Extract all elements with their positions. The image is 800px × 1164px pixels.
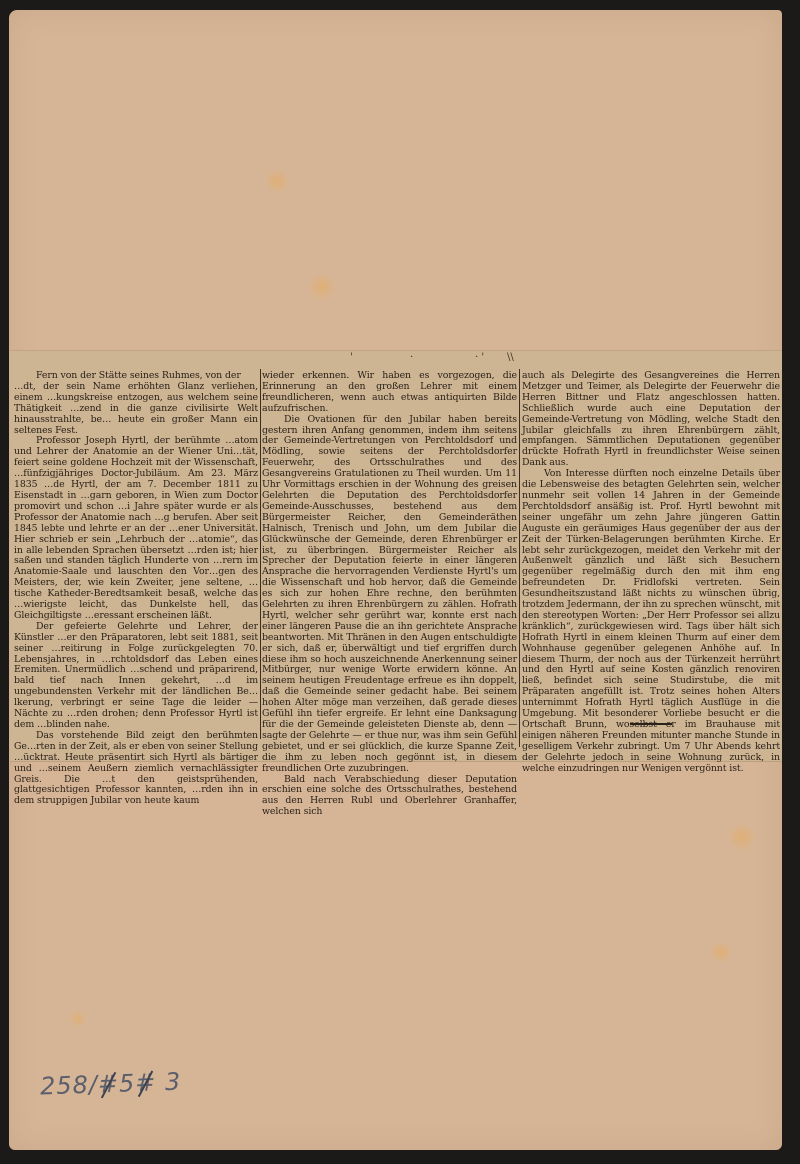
paragraph: Das vorstehende Bild zeigt den berühmten… <box>14 731 258 807</box>
paragraph: Professor Joseph Hyrtl, der berühmte …at… <box>14 436 258 621</box>
paragraph: wieder erkennen. Wir haben es vorgezogen… <box>262 371 517 415</box>
paragraph: auch als Delegirte des Gesangvereines di… <box>522 371 780 469</box>
struck-mark: # <box>135 1068 157 1097</box>
foxing-stain <box>709 940 733 964</box>
catalog-digit: 3 <box>165 1068 182 1097</box>
column-divider <box>260 369 261 739</box>
foxing-stain <box>264 168 290 194</box>
clipping-top-marks: ' · · ' \\ <box>10 351 782 365</box>
newspaper-clipping: ' · · ' \\ Fern von der Stätte seines Ru… <box>10 350 782 762</box>
paragraph: Von Interesse dürften noch einzelne Deta… <box>522 469 780 774</box>
paragraph: Der gefeierte Gelehrte und Lehrer, der K… <box>14 622 258 731</box>
column-divider <box>519 369 520 747</box>
article-end-rule <box>630 723 672 725</box>
foxing-stain <box>69 1010 87 1028</box>
paragraph: Die Ovationen für den Jubilar haben bere… <box>262 415 517 775</box>
struck-mark: # <box>97 1070 119 1099</box>
foxing-stain <box>727 822 757 852</box>
catalog-number-old: 258 <box>40 1071 90 1101</box>
article-column-3: auch als Delegirte des Gesangvereines di… <box>522 371 780 775</box>
article-column-1: Fern von der Stätte seines Ruhmes, von d… <box>14 371 258 807</box>
paragraph: …dt, der sein Name erhöhten Glanz verlie… <box>14 382 258 437</box>
article-column-2: wieder erkennen. Wir haben es vorgezogen… <box>262 371 517 818</box>
catalog-digit: 5 <box>119 1069 136 1098</box>
foxing-stain <box>307 272 337 302</box>
paragraph: Bald nach Verabschiedung dieser Deputati… <box>262 775 517 819</box>
handwritten-catalog-number: 258/#5# 3 <box>40 1068 182 1101</box>
